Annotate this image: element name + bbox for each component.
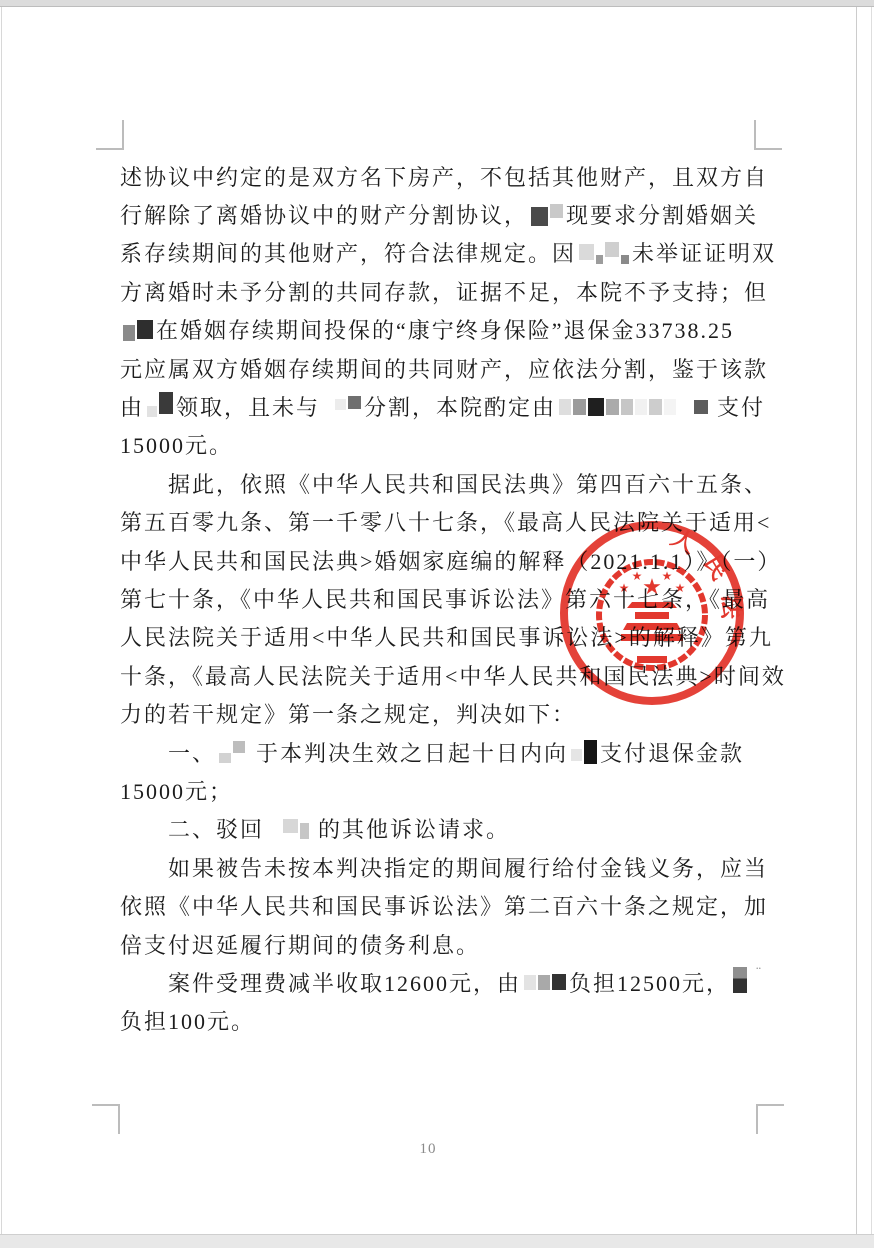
redaction-square: [559, 399, 571, 415]
text-run: 力的若干规定》第一条之规定，判决如下：: [120, 698, 576, 729]
text-run: 中华人民共和国民法典>婚姻家庭编的解释（2021.1.1）》（一）: [120, 545, 781, 576]
redaction-square: [550, 204, 563, 218]
text-line: 由领取，且未与分割，本院酌定由支付: [120, 387, 768, 425]
redaction-square: [664, 399, 676, 415]
text-run: 未举证证明双: [632, 237, 776, 268]
redaction-square: [233, 741, 245, 753]
text-run: 现要求分割婚姻关: [566, 199, 758, 230]
text-run: 负担100元。: [120, 1005, 255, 1036]
crop-mark-bottom-right: [756, 1104, 784, 1134]
text-line: 倍支付迟延履行期间的债务利息。: [120, 925, 768, 963]
text-line: 一、于本判决生效之日起十日内向支付退保金款: [120, 733, 768, 771]
redaction-square: [635, 399, 647, 415]
redaction-square: [605, 242, 619, 257]
text-run: 行解除了离婚协议中的财产分割协议，: [120, 199, 528, 230]
redaction-block: [571, 740, 597, 764]
redaction-square: [348, 396, 361, 409]
text-line: 十条，《最高人民法院关于适用<中华人民共和国民法典>时间效: [120, 656, 768, 694]
crop-mark-top-left: [96, 120, 124, 150]
redaction-block: [123, 320, 153, 339]
document-text: 述协议中约定的是双方名下房产，不包括其他财产，且双方自行解除了离婚协议中的财产分…: [120, 157, 768, 1040]
redaction-block: [283, 821, 309, 837]
redaction-square: [335, 399, 346, 410]
redaction-block: [579, 245, 629, 261]
redaction-square: [123, 325, 135, 341]
page-right-edge-line: [856, 7, 857, 1234]
text-run: 元应属双方婚姻存续期间的共同财产，应依法分割，鉴于该款: [120, 353, 768, 384]
redaction-block: [147, 396, 173, 418]
text-run: 于本判决生效之日起十日内向: [256, 737, 568, 768]
text-run: 据此，依照《中华人民共和国民法典》第四百六十五条、: [168, 468, 768, 499]
text-line: 元应属双方婚姻存续期间的共同财产，应依法分割，鉴于该款: [120, 349, 768, 387]
redaction-square: [300, 823, 309, 839]
text-line: 述协议中约定的是双方名下房产，不包括其他财产，且双方自: [120, 157, 768, 195]
text-run: 人民法院关于适用<中华人民共和国民事诉讼法>的解释》第九: [120, 621, 773, 652]
text-line: 人民法院关于适用<中华人民共和国民事诉讼法>的解释》第九: [120, 618, 768, 656]
text-run: 由: [120, 391, 144, 422]
text-line: 二、驳回的其他诉讼请求。: [120, 810, 768, 848]
text-run: 系存续期间的其他财产，符合法律规定。因: [120, 237, 576, 268]
page-top-edge-band: [0, 0, 874, 7]
text-line: 15000元；: [120, 771, 768, 809]
redaction-block: [524, 974, 566, 990]
text-run: 倍支付迟延履行期间的债务利息。: [120, 929, 480, 960]
text-run: 领取，且未与: [176, 391, 320, 422]
scanned-judgment-page: 述协议中约定的是双方名下房产，不包括其他财产，且双方自行解除了离婚协议中的财产分…: [0, 0, 874, 1248]
redaction-square: [538, 975, 550, 990]
text-line: 如果被告未按本判决指定的期间履行给付金钱义务，应当: [120, 848, 768, 886]
crop-mark-bottom-left: [92, 1104, 120, 1134]
text-run: 述协议中约定的是双方名下房产，不包括其他财产，且双方自: [120, 161, 768, 192]
page-number: 10: [0, 1141, 856, 1158]
redaction-square: [552, 974, 566, 990]
redaction-square: [571, 749, 582, 761]
text-run: ¨: [756, 965, 762, 982]
redaction-square: [733, 967, 747, 993]
redaction-square: [283, 819, 298, 833]
text-line: 中华人民共和国民法典>婚姻家庭编的解释（2021.1.1）》（一）: [120, 541, 768, 579]
text-run: 如果被告未按本判决指定的期间履行给付金钱义务，应当: [168, 852, 768, 883]
text-run: 依照《中华人民共和国民事诉讼法》第二百六十条之规定，加: [120, 890, 768, 921]
redaction-square: [596, 255, 603, 264]
redaction-square: [649, 399, 662, 415]
text-line: 第五百零九条、第一千零八十七条，《最高人民法院关于适用<: [120, 503, 768, 541]
text-run: 十条，《最高人民法院关于适用<中华人民共和国民法典>时间效: [120, 660, 786, 691]
redaction-square: [694, 400, 708, 414]
redaction-block: [219, 746, 245, 758]
redaction-block: [531, 205, 563, 224]
redaction-square: [621, 399, 633, 415]
text-run: 第七十条，《中华人民共和国民事诉讼法》第六十七条，《最高: [120, 583, 770, 614]
text-line: 在婚姻存续期间投保的“康宁终身保险”退保金33738.25: [120, 311, 768, 349]
text-line: 15000元。: [120, 426, 768, 464]
redaction-block: [694, 400, 708, 414]
text-line: 方离婚时未予分割的共同存款，证据不足，本院不予支持；但: [120, 272, 768, 310]
text-run: 的其他诉讼请求。: [318, 813, 510, 844]
redaction-block: [733, 969, 747, 995]
text-line: 据此，依照《中华人民共和国民法典》第四百六十五条、: [120, 464, 768, 502]
redaction-square: [219, 753, 231, 763]
text-run: 15000元；: [120, 775, 233, 806]
redaction-square: [621, 255, 629, 264]
page-bottom-edge-band: [0, 1234, 874, 1248]
redaction-square: [147, 406, 157, 417]
redaction-block: [559, 398, 676, 416]
redaction-square: [606, 399, 619, 415]
text-run: 第五百零九条、第一千零八十七条，《最高人民法院关于适用<: [120, 506, 771, 537]
redaction-square: [573, 399, 586, 415]
viewer-right-edge-line: [871, 7, 872, 1234]
text-line: 力的若干规定》第一条之规定，判决如下：: [120, 694, 768, 732]
text-line: 行解除了离婚协议中的财产分割协议，现要求分割婚姻关: [120, 195, 768, 233]
text-run: 方离婚时未予分割的共同存款，证据不足，本院不予支持；但: [120, 276, 768, 307]
text-run: 案件受理费减半收取12600元，由: [168, 967, 521, 998]
text-line: 第七十条，《中华人民共和国民事诉讼法》第六十七条，《最高: [120, 579, 768, 617]
page-left-edge-line: [1, 7, 2, 1234]
text-run: 支付退保金款: [600, 737, 744, 768]
text-run: 一、: [168, 737, 216, 768]
redaction-square: [579, 244, 594, 260]
redaction-square: [137, 320, 153, 339]
text-run: 分割，本院酌定由: [364, 391, 556, 422]
redaction-square: [159, 392, 173, 414]
crop-mark-top-right: [754, 120, 782, 150]
text-line: 负担100元。: [120, 1002, 768, 1040]
text-run: 负担12500元，: [569, 967, 730, 998]
text-run: 支付: [717, 391, 765, 422]
redaction-block: [335, 400, 361, 413]
text-line: 系存续期间的其他财产，符合法律规定。因未举证证明双: [120, 234, 768, 272]
text-run: 二、驳回: [168, 813, 264, 844]
redaction-square: [531, 207, 548, 226]
text-run: 15000元。: [120, 429, 233, 460]
text-line: 案件受理费减半收取12600元，由负担12500元，¨: [120, 963, 768, 1001]
text-line: 依照《中华人民共和国民事诉讼法》第二百六十条之规定，加: [120, 886, 768, 924]
redaction-square: [524, 975, 536, 990]
redaction-square: [584, 740, 597, 764]
redaction-square: [588, 398, 604, 416]
text-run: 在婚姻存续期间投保的“康宁终身保险”退保金33738.25: [156, 314, 734, 345]
